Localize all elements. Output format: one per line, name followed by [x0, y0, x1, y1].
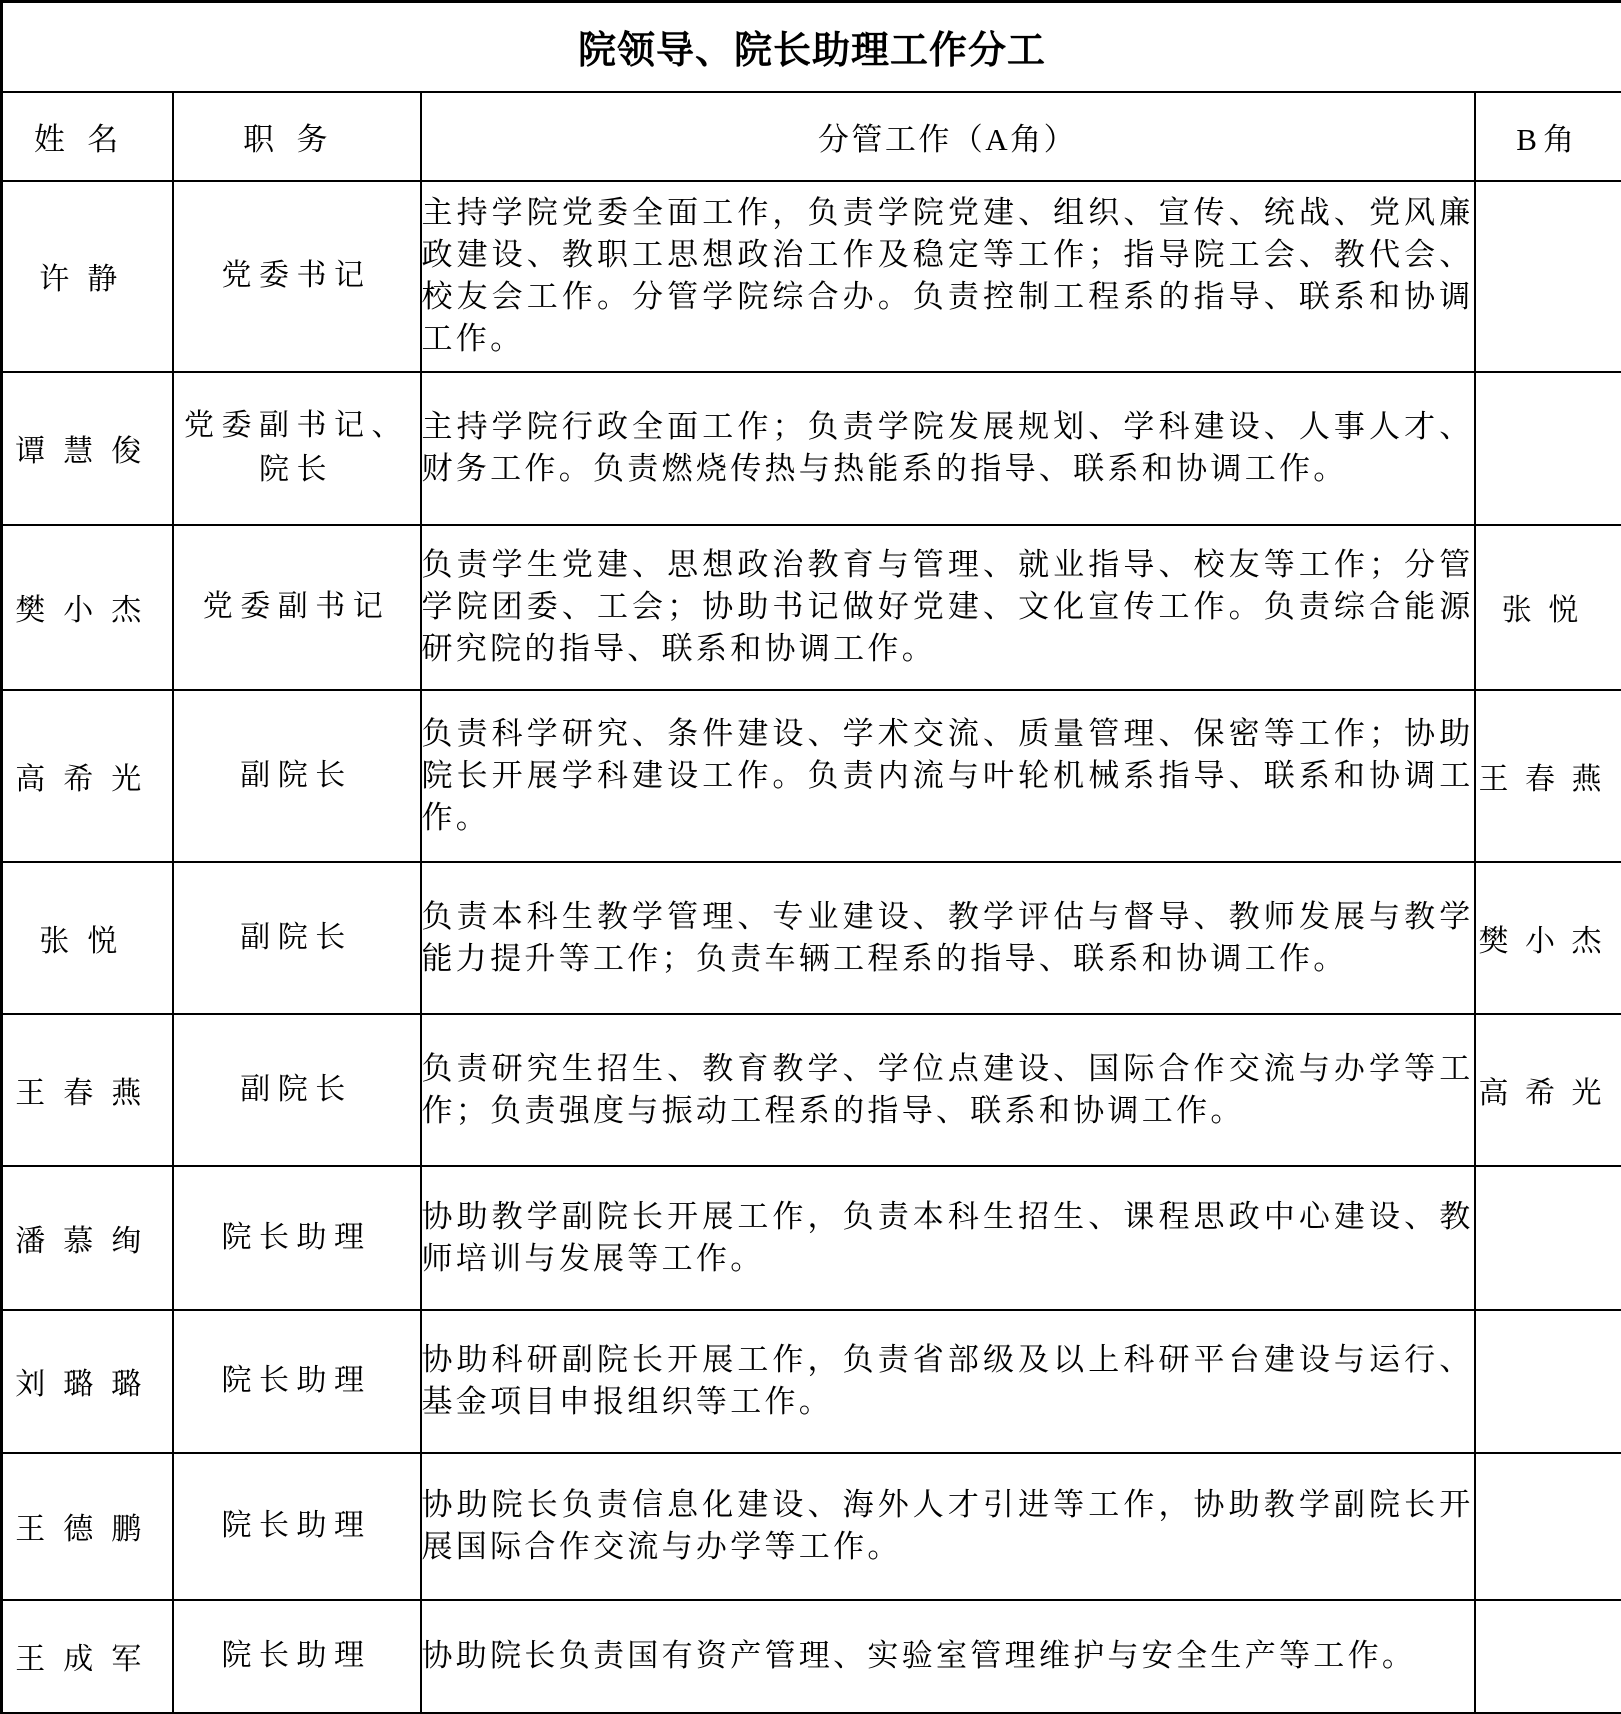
name-cell: 王春燕	[2, 1014, 173, 1166]
name-cell: 高希光	[2, 690, 173, 862]
table-row: 王春燕 副院长 负责研究生招生、教育教学、学位点建设、国际合作交流与办学等工作；…	[2, 1014, 1621, 1166]
backup-cell	[1475, 181, 1621, 372]
table-row: 樊小杰 党委副书记 负责学生党建、思想政治教育与管理、就业指导、校友等工作；分管…	[2, 525, 1621, 690]
position-cell: 党委副书记	[173, 525, 421, 690]
table-row: 高希光 副院长 负责科学研究、条件建设、学术交流、质量管理、保密等工作；协助院长…	[2, 690, 1621, 862]
name-cell: 张悦	[2, 862, 173, 1014]
backup-cell: 樊小杰	[1475, 862, 1621, 1014]
duty-cell: 主持学院行政全面工作；负责学院发展规划、学科建设、人事人才、财务工作。负责燃烧传…	[421, 372, 1475, 525]
position-cell: 副院长	[173, 690, 421, 862]
name-cell: 潘慕绚	[2, 1166, 173, 1310]
table-title: 院领导、院长助理工作分工	[2, 2, 1621, 92]
table-row: 谭慧俊 党委副书记、院长 主持学院行政全面工作；负责学院发展规划、学科建设、人事…	[2, 372, 1621, 525]
name-cell: 许静	[2, 181, 173, 372]
header-position: 职务	[173, 92, 421, 181]
backup-cell: 高希光	[1475, 1014, 1621, 1166]
name-cell: 刘璐璐	[2, 1310, 173, 1453]
name-cell: 樊小杰	[2, 525, 173, 690]
table-row: 许静 党委书记 主持学院党委全面工作，负责学院党建、组织、宣传、统战、党风廉政建…	[2, 181, 1621, 372]
name-cell: 王德鹏	[2, 1453, 173, 1600]
duty-cell: 协助院长负责信息化建设、海外人才引进等工作，协助教学副院长开展国际合作交流与办学…	[421, 1453, 1475, 1600]
duty-cell: 协助教学副院长开展工作，负责本科生招生、课程思政中心建设、教师培训与发展等工作。	[421, 1166, 1475, 1310]
position-cell: 副院长	[173, 1014, 421, 1166]
duty-cell: 负责学生党建、思想政治教育与管理、就业指导、校友等工作；分管学院团委、工会；协助…	[421, 525, 1475, 690]
duty-cell: 协助院长负责国有资产管理、实验室管理维护与安全生产等工作。	[421, 1600, 1475, 1714]
header-name: 姓名	[2, 92, 173, 181]
position-cell: 院长助理	[173, 1453, 421, 1600]
backup-cell	[1475, 1166, 1621, 1310]
table-body: 许静 党委书记 主持学院党委全面工作，负责学院党建、组织、宣传、统战、党风廉政建…	[2, 181, 1621, 1714]
duty-cell: 负责研究生招生、教育教学、学位点建设、国际合作交流与办学等工作；负责强度与振动工…	[421, 1014, 1475, 1166]
position-cell: 院长助理	[173, 1600, 421, 1714]
table-row: 王成军 院长助理 协助院长负责国有资产管理、实验室管理维护与安全生产等工作。	[2, 1600, 1621, 1714]
position-cell: 院长助理	[173, 1166, 421, 1310]
position-cell: 副院长	[173, 862, 421, 1014]
document-page: 院领导、院长助理工作分工 姓名 职务 分管工作（A角） B角 许静 党委书记 主…	[0, 0, 1621, 1714]
backup-cell	[1475, 372, 1621, 525]
position-cell: 院长助理	[173, 1310, 421, 1453]
position-cell: 党委书记	[173, 181, 421, 372]
work-division-table: 院领导、院长助理工作分工 姓名 职务 分管工作（A角） B角 许静 党委书记 主…	[0, 0, 1621, 1714]
title-row: 院领导、院长助理工作分工	[2, 2, 1621, 92]
table-row: 潘慕绚 院长助理 协助教学副院长开展工作，负责本科生招生、课程思政中心建设、教师…	[2, 1166, 1621, 1310]
backup-cell: 王春燕	[1475, 690, 1621, 862]
name-cell: 谭慧俊	[2, 372, 173, 525]
duty-cell: 主持学院党委全面工作，负责学院党建、组织、宣传、统战、党风廉政建设、教职工思想政…	[421, 181, 1475, 372]
backup-cell	[1475, 1600, 1621, 1714]
table-row: 张悦 副院长 负责本科生教学管理、专业建设、教学评估与督导、教师发展与教学能力提…	[2, 862, 1621, 1014]
header-row: 姓名 职务 分管工作（A角） B角	[2, 92, 1621, 181]
position-cell: 党委副书记、院长	[173, 372, 421, 525]
header-b-role: B角	[1475, 92, 1621, 181]
table-row: 刘璐璐 院长助理 协助科研副院长开展工作，负责省部级及以上科研平台建设与运行、基…	[2, 1310, 1621, 1453]
backup-cell: 张悦	[1475, 525, 1621, 690]
duty-cell: 协助科研副院长开展工作，负责省部级及以上科研平台建设与运行、基金项目申报组织等工…	[421, 1310, 1475, 1453]
header-duty-a-role: 分管工作（A角）	[421, 92, 1475, 181]
duty-cell: 负责科学研究、条件建设、学术交流、质量管理、保密等工作；协助院长开展学科建设工作…	[421, 690, 1475, 862]
backup-cell	[1475, 1310, 1621, 1453]
backup-cell	[1475, 1453, 1621, 1600]
table-row: 王德鹏 院长助理 协助院长负责信息化建设、海外人才引进等工作，协助教学副院长开展…	[2, 1453, 1621, 1600]
duty-cell: 负责本科生教学管理、专业建设、教学评估与督导、教师发展与教学能力提升等工作；负责…	[421, 862, 1475, 1014]
name-cell: 王成军	[2, 1600, 173, 1714]
